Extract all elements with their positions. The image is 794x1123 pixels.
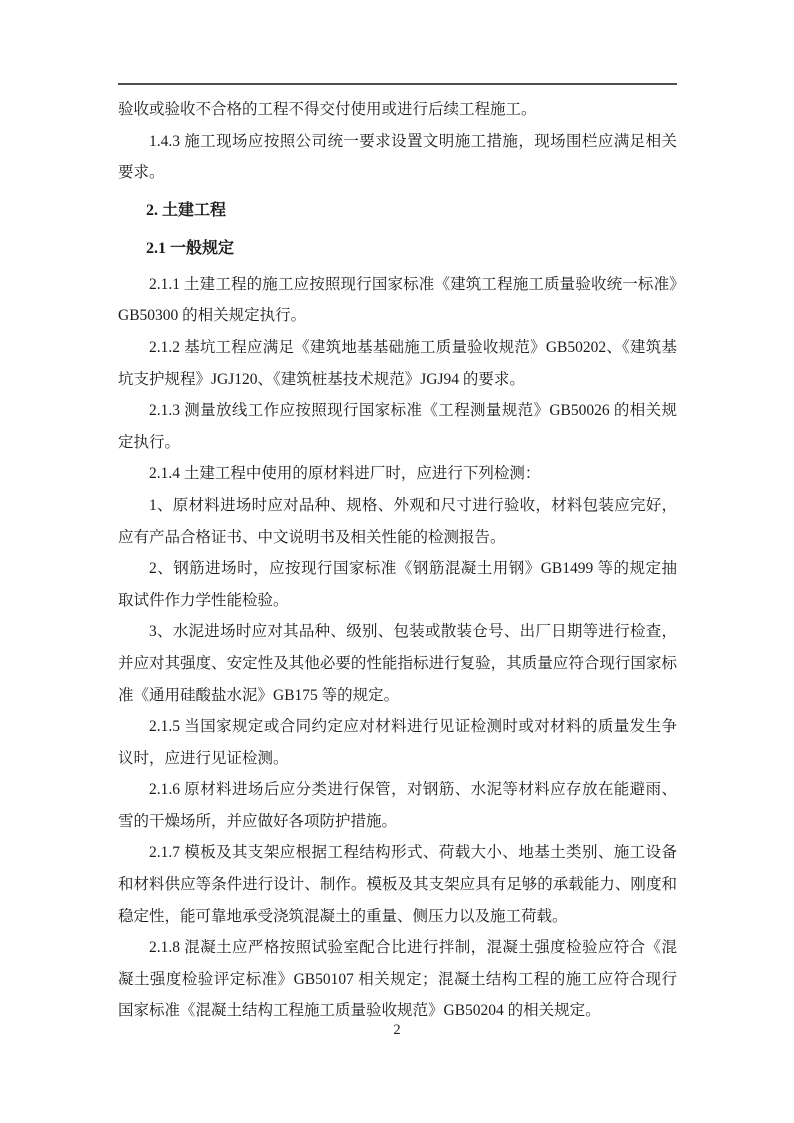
document-body: 验收或验收不合格的工程不得交付使用或进行后续工程施工。1.4.3 施工现场应按照… [118,94,677,1027]
document-page: 验收或验收不合格的工程不得交付使用或进行后续工程施工。1.4.3 施工现场应按照… [0,0,794,1123]
paragraph: 2.1.8 混凝土应严格按照试验室配合比进行拌制，混凝土强度检验应符合《混凝土强… [118,932,677,1027]
paragraph: 1.4.3 施工现场应按照公司统一要求设置文明施工措施，现场围栏应满足相关要求。 [118,126,677,189]
paragraph: 验收或验收不合格的工程不得交付使用或进行后续工程施工。 [118,94,677,126]
paragraph: 2.1.2 基坑工程应满足《建筑地基基础施工质量验收规范》GB50202、《建筑… [118,332,677,395]
paragraph: 1、原材料进场时应对品种、规格、外观和尺寸进行验收，材料包装应完好，应有产品合格… [118,490,677,553]
paragraph: 2.1.7 模板及其支架应根据工程结构形式、荷载大小、地基土类别、施工设备和材料… [118,837,677,932]
paragraph: 2.1.6 原材料进场后应分类进行保管，对钢筋、水泥等材料应存放在能避雨、雪的干… [118,774,677,837]
section-heading: 2. 土建工程 [118,195,677,227]
paragraph: 2、钢筋进场时，应按现行国家标准《钢筋混凝土用钢》GB1499 等的规定抽取试件… [118,553,677,616]
paragraph: 2.1.5 当国家规定或合同约定应对材料进行见证检测时或对材料的质量发生争议时，… [118,711,677,774]
paragraph: 2.1.4 土建工程中使用的原材料进厂时，应进行下列检测： [118,458,677,490]
subsection-heading: 2.1 一般规定 [118,233,677,265]
page-number: 2 [0,1020,794,1040]
paragraph: 2.1.1 土建工程的施工应按照现行国家标准《建筑工程施工质量验收统一标准》GB… [118,269,677,332]
paragraph: 2.1.3 测量放线工作应按照现行国家标准《工程测量规范》GB50026 的相关… [118,395,677,458]
header-rule [118,83,677,85]
paragraph: 3、水泥进场时应对其品种、级别、包装或散装仓号、出厂日期等进行检查，并应对其强度… [118,616,677,711]
